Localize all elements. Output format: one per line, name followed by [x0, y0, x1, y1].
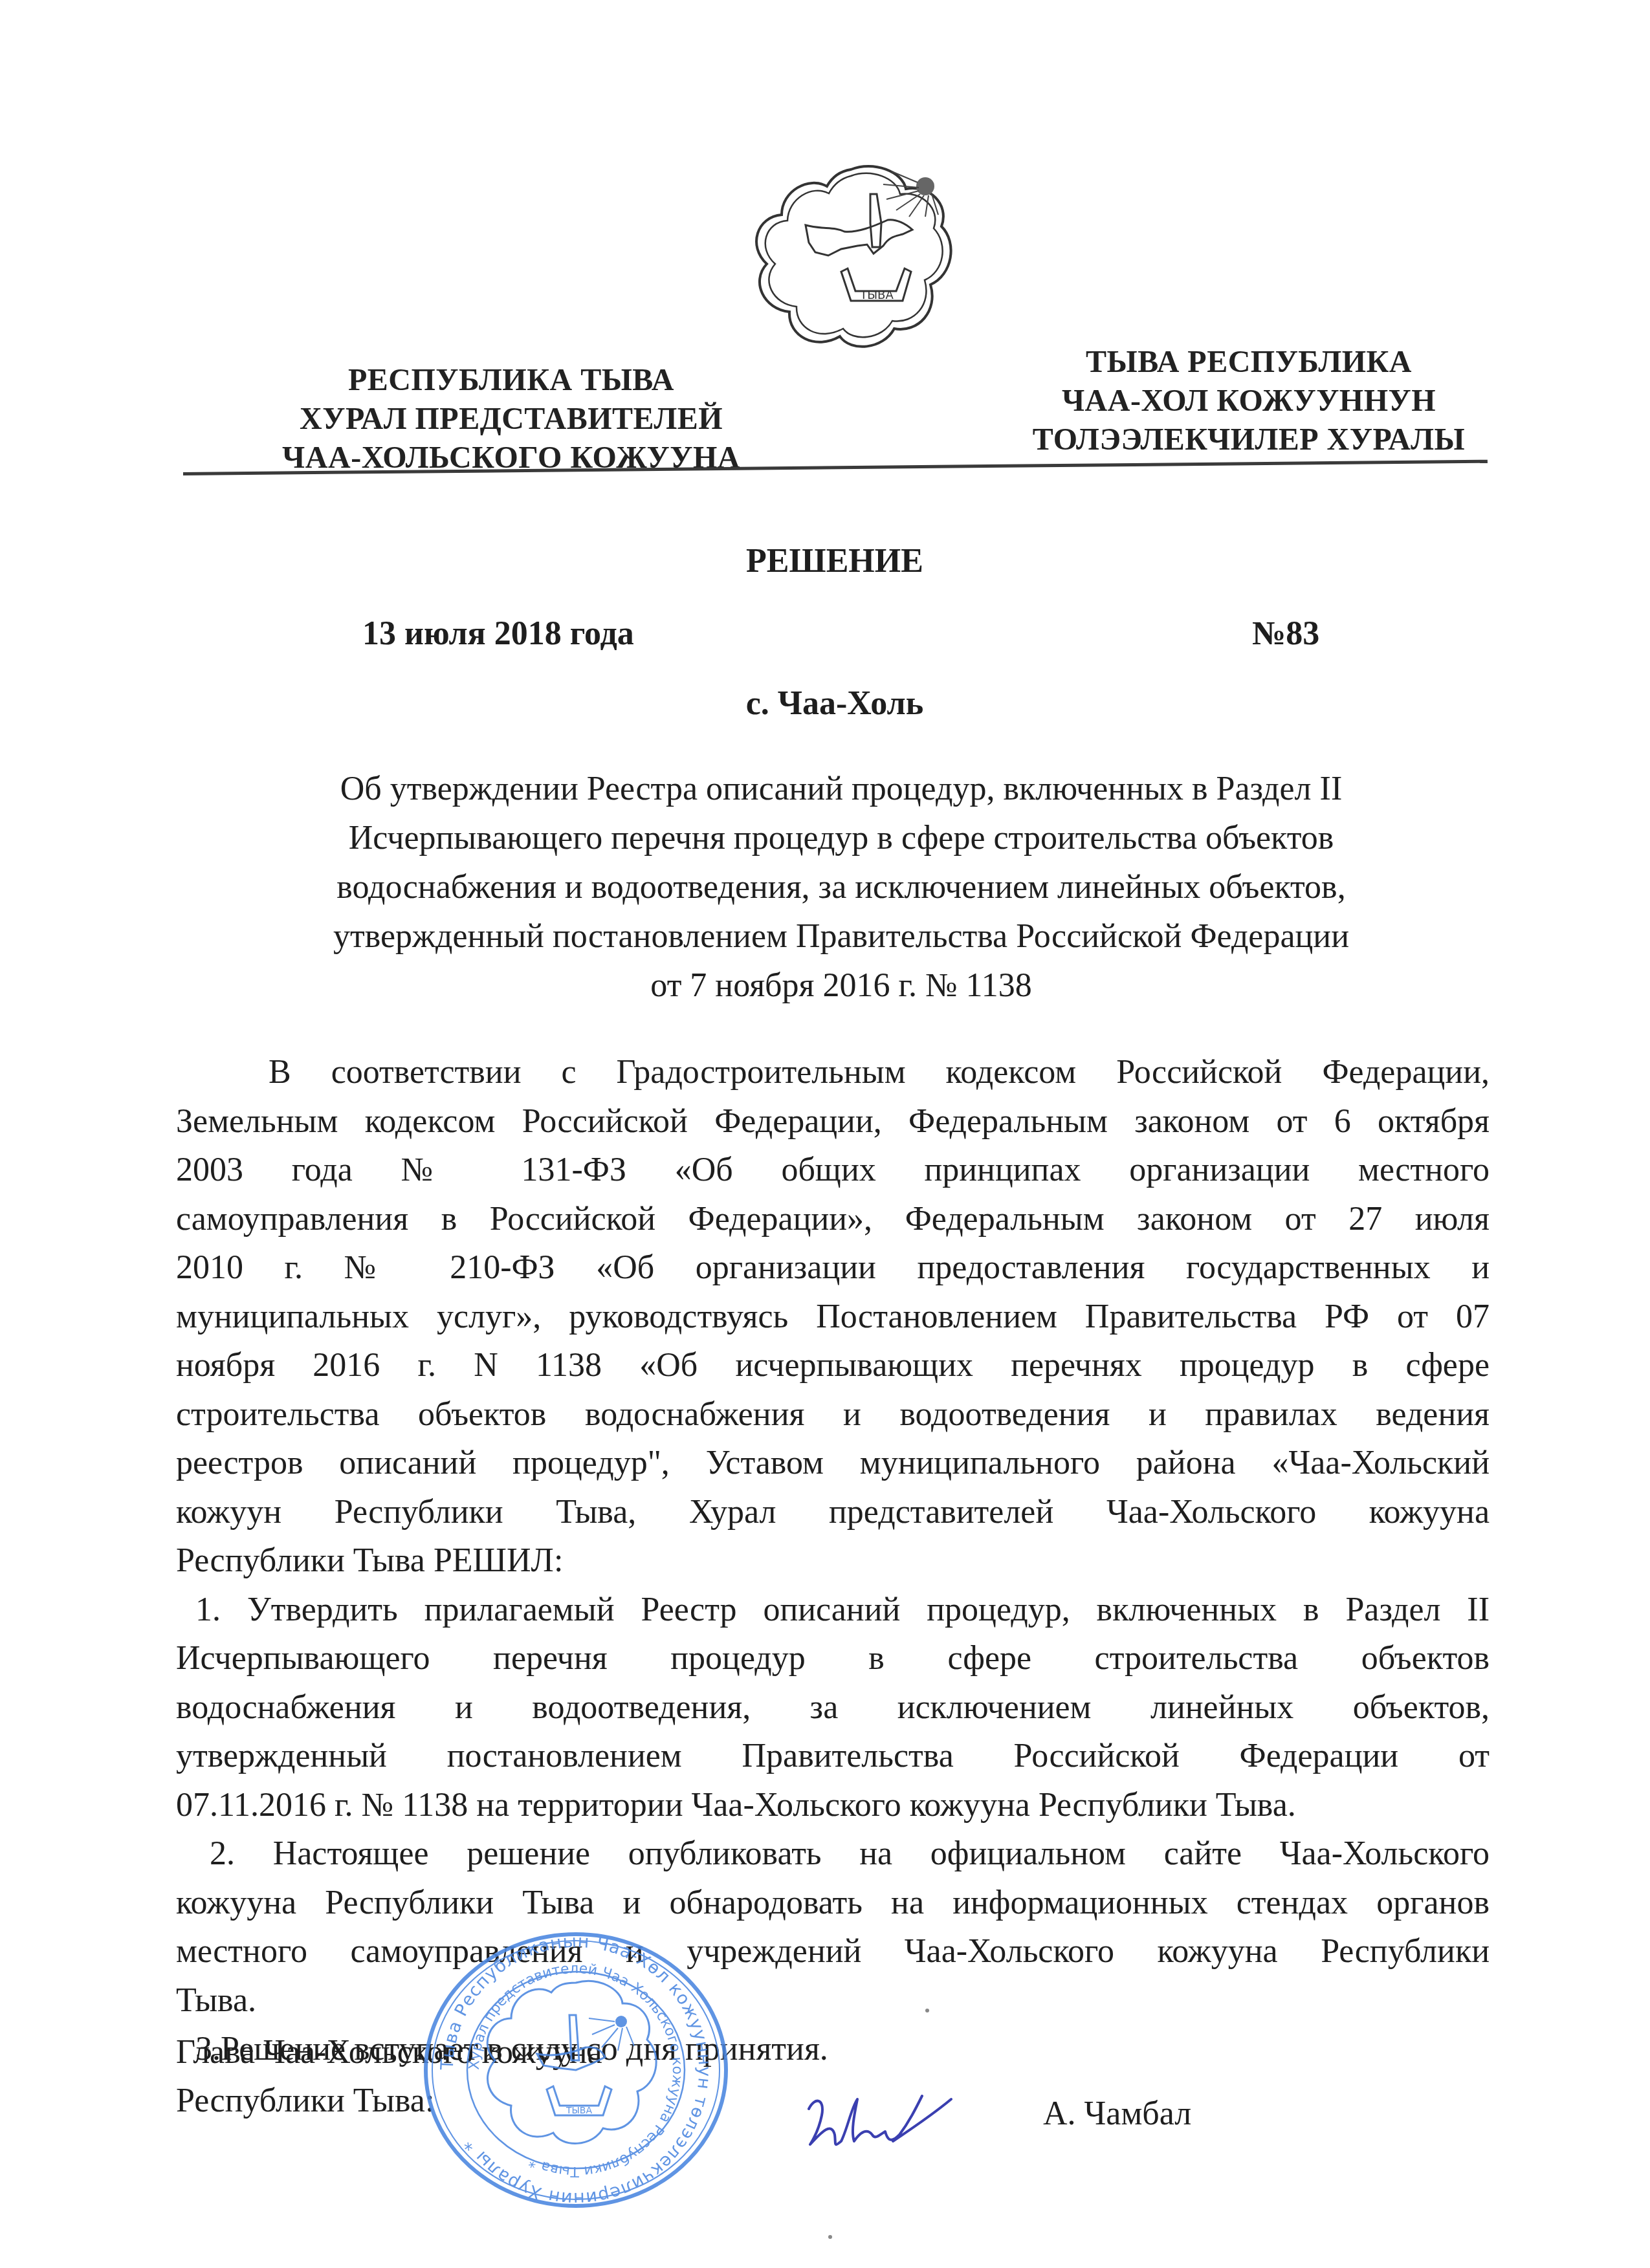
- body-line: 2003 года № 131-ФЗ «Об общих принципах о…: [176, 1146, 1490, 1195]
- preamble-paragraph: В соответствии с Градостроительным кодек…: [176, 1048, 1490, 1586]
- document-place: с. Чаа-Холь: [0, 684, 1650, 723]
- tuva-coat-of-arms-icon: ТЫВА: [744, 162, 958, 356]
- body-line: строительства объектов водоснабжения и в…: [176, 1390, 1490, 1439]
- body-line: реестров описаний процедур", Уставом мун…: [176, 1439, 1490, 1488]
- body-line: 2010 г. № 210-ФЗ «Об организации предост…: [176, 1243, 1490, 1292]
- header-right-line-2: ЧАА-ХОЛ КОЖУУННУН: [996, 382, 1501, 420]
- body-line: В соответствии с Градостроительным кодек…: [176, 1048, 1490, 1097]
- body-line: кожууна Республики Тыва и обнародовать н…: [176, 1879, 1490, 1928]
- body-line: 1. Утвердить прилагаемый Реестр описаний…: [176, 1586, 1490, 1635]
- subject-line: утвержденный постановлением Правительств…: [233, 912, 1449, 961]
- decision-item-1: 1. Утвердить прилагаемый Реестр описаний…: [176, 1586, 1490, 1830]
- official-seal-icon: ТЫВА Тыва Республиканын Чаа-Хөл кожуунну…: [414, 1931, 738, 2209]
- document-subject: Об утверждении Реестра описаний процедур…: [233, 765, 1449, 1010]
- document-body: В соответствии с Градостроительным кодек…: [176, 1048, 1490, 2074]
- scan-speck: [828, 2235, 832, 2239]
- body-line: местного самоуправления и учреждений Чаа…: [176, 1927, 1490, 1976]
- header-left-line-2: ХУРАЛ ПРЕДСТАВИТЕЛЕЙ: [278, 400, 744, 439]
- body-line: водоснабжения и водоотведения, за исключ…: [176, 1683, 1490, 1732]
- body-line: 07.11.2016 г. № 1138 на территории Чаа-Х…: [176, 1781, 1490, 1830]
- body-line: Республики Тыва РЕШИЛ:: [176, 1536, 1490, 1586]
- handwritten-signature-icon: [796, 2070, 958, 2167]
- subject-line: водоснабжения и водоотведения, за исключ…: [233, 863, 1449, 912]
- body-line: ноября 2016 г. N 1138 «Об исчерпывающих …: [176, 1341, 1490, 1390]
- subject-line: от 7 ноября 2016 г. № 1138: [233, 961, 1449, 1010]
- header-right-line-3: ТОЛЭЭЛЕКЧИЛЕР ХУРАЛЫ: [996, 420, 1501, 459]
- body-line: Исчерпывающего перечня процедур в сфере …: [176, 1634, 1490, 1683]
- header-right-line-1: ТЫВА РЕСПУБЛИКА: [996, 343, 1501, 382]
- svg-text:ТЫВА: ТЫВА: [566, 2106, 593, 2116]
- signatory-name: А. Чамбал: [1043, 2095, 1191, 2133]
- body-line: утвержденный постановлением Правительств…: [176, 1732, 1490, 1781]
- body-line: 2. Настоящее решение опубликовать на офи…: [176, 1829, 1490, 1879]
- body-line: самоуправления в Российской Федерации», …: [176, 1195, 1490, 1244]
- decision-item-2: 2. Настоящее решение опубликовать на офи…: [176, 1829, 1490, 2025]
- document-title: РЕШЕНИЕ: [0, 542, 1650, 580]
- scan-speck: [925, 2009, 929, 2012]
- svg-text:ТЫВА: ТЫВА: [859, 289, 894, 302]
- header-left-russian: РЕСПУБЛИКА ТЫВА ХУРАЛ ПРЕДСТАВИТЕЛЕЙ ЧАА…: [278, 361, 744, 477]
- subject-line: Об утверждении Реестра описаний процедур…: [233, 765, 1449, 814]
- header-left-line-1: РЕСПУБЛИКА ТЫВА: [278, 361, 744, 400]
- body-line: муниципальных услуг», руководствуясь Пос…: [176, 1292, 1490, 1342]
- header-right-tuvan: ТЫВА РЕСПУБЛИКА ЧАА-ХОЛ КОЖУУННУН ТОЛЭЭЛ…: [996, 343, 1501, 459]
- body-line: Земельным кодексом Российской Федерации,…: [176, 1097, 1490, 1146]
- subject-line: Исчерпывающего перечня процедур в сфере …: [233, 814, 1449, 863]
- document-date: 13 июля 2018 года: [362, 615, 634, 653]
- body-line: Тыва.: [176, 1976, 1490, 2025]
- body-line: кожуун Республики Тыва, Хурал представит…: [176, 1488, 1490, 1537]
- document-number: №83: [1252, 615, 1319, 653]
